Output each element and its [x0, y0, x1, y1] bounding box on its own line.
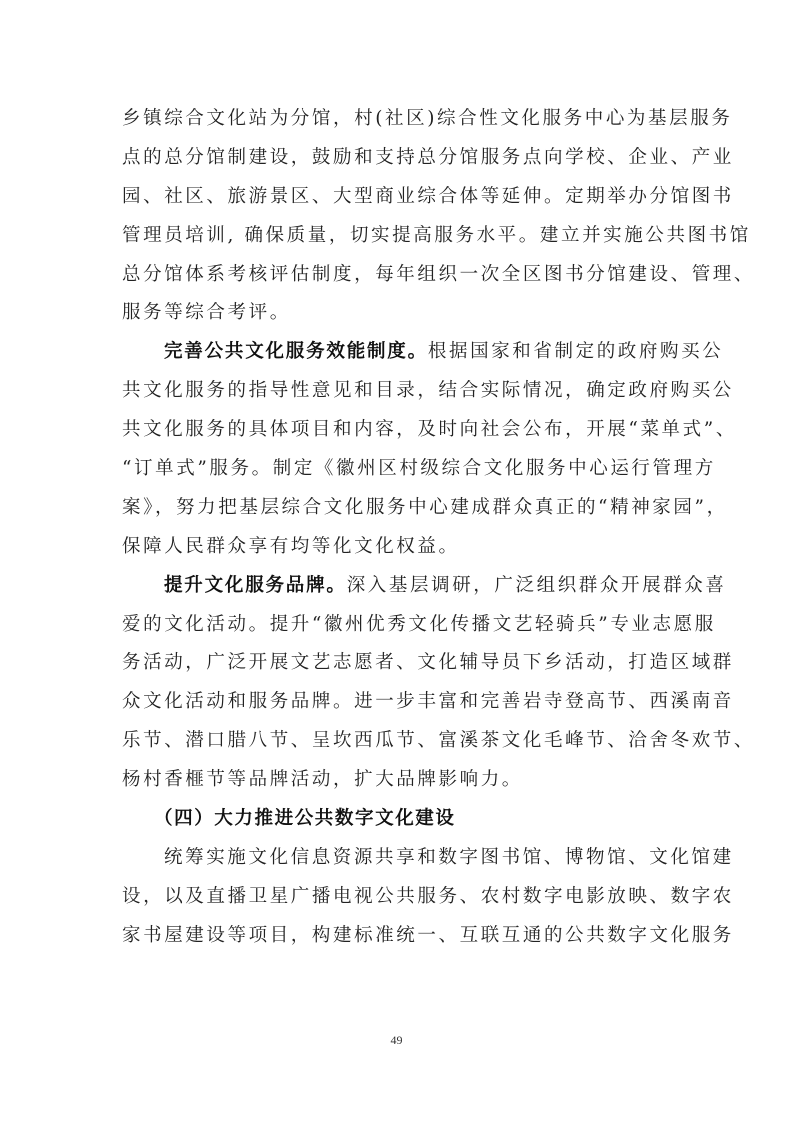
- text-line: 共文化服务的具体项目和内容，及时向社会公布，开展“菜单式”、: [122, 411, 674, 450]
- document-page: 乡镇综合文化站为分馆，村(社区)综合性文化服务中心为基层服务 点的总分馆制建设，…: [0, 0, 793, 1122]
- text-line: 杨村香榧节等品牌活动，扩大品牌影响力。: [122, 761, 674, 800]
- body-text: 乡镇综合文化站为分馆，村(社区)综合性文化服务中心为基层服务 点的总分馆制建设，…: [122, 100, 674, 956]
- paragraph-service-brand: 提升文化服务品牌。深入基层调研，广泛组织群众开展群众喜 爱的文化活动。提升“徽州…: [122, 567, 674, 800]
- text-line: 案》，努力把基层综合文化服务中心建成群众真正的“精神家园”，: [122, 489, 674, 528]
- text-line: 总分馆体系考核评估制度，每年组织一次全区图书分馆建设、管理、: [122, 256, 674, 295]
- text-line: 管理员培训, 确保质量，切实提高服务水平。建立并实施公共图书馆: [122, 217, 674, 256]
- text-span: 深入基层调研，广泛组织群众开展群众喜: [347, 575, 727, 596]
- paragraph-digital-culture: 统筹实施文化信息资源共享和数字图书馆、博物馆、文化馆建 设，以及直播卫星广播电视…: [122, 839, 674, 956]
- paragraph-lead: 提升文化服务品牌。: [164, 575, 347, 596]
- paragraph-service-efficiency: 完善公共文化服务效能制度。根据国家和省制定的政府购买公 共文化服务的指导性意见和…: [122, 333, 674, 566]
- text-line: 统筹实施文化信息资源共享和数字图书馆、博物馆、文化馆建: [122, 839, 674, 878]
- text-line: 提升文化服务品牌。深入基层调研，广泛组织群众开展群众喜: [122, 567, 674, 606]
- text-line: 服务等综合考评。: [122, 294, 674, 333]
- text-line: 共文化服务的指导性意见和目录，结合实际情况，确定政府购买公: [122, 372, 674, 411]
- paragraph-lead: 完善公共文化服务效能制度。: [164, 341, 428, 362]
- page-number: 49: [0, 1033, 793, 1048]
- text-line: 爱的文化活动。提升“徽州优秀文化传播文艺轻骑兵”专业志愿服: [122, 606, 674, 645]
- text-line: 务活动，广泛开展文艺志愿者、文化辅导员下乡活动，打造区域群: [122, 644, 674, 683]
- text-line: 家书屋建设等项目，构建标准统一、互联互通的公共数字文化服务: [122, 917, 674, 956]
- text-line: “订单式”服务。制定《徽州区村级综合文化服务中心运行管理方: [122, 450, 674, 489]
- text-line: 众文化活动和服务品牌。进一步丰富和完善岩寺登高节、西溪南音: [122, 683, 674, 722]
- section-heading: （四）大力推进公共数字文化建设: [122, 800, 674, 839]
- text-line: 设，以及直播卫星广播电视公共服务、农村数字电影放映、数字农: [122, 878, 674, 917]
- text-line: 园、社区、旅游景区、大型商业综合体等延伸。定期举办分馆图书: [122, 178, 674, 217]
- text-line: 乐节、潜口腊八节、呈坎西瓜节、富溪茶文化毛峰节、洽舍冬欢节、: [122, 722, 674, 761]
- text-line: 点的总分馆制建设，鼓励和支持总分馆服务点向学校、企业、产业: [122, 139, 674, 178]
- text-span: 根据国家和省制定的政府购买公: [428, 341, 723, 362]
- text-line: 乡镇综合文化站为分馆，村(社区)综合性文化服务中心为基层服务: [122, 100, 674, 139]
- text-line: 保障人民群众享有均等化文化权益。: [122, 528, 674, 567]
- paragraph-branch-libraries: 乡镇综合文化站为分馆，村(社区)综合性文化服务中心为基层服务 点的总分馆制建设，…: [122, 100, 674, 333]
- text-line: 完善公共文化服务效能制度。根据国家和省制定的政府购买公: [122, 333, 674, 372]
